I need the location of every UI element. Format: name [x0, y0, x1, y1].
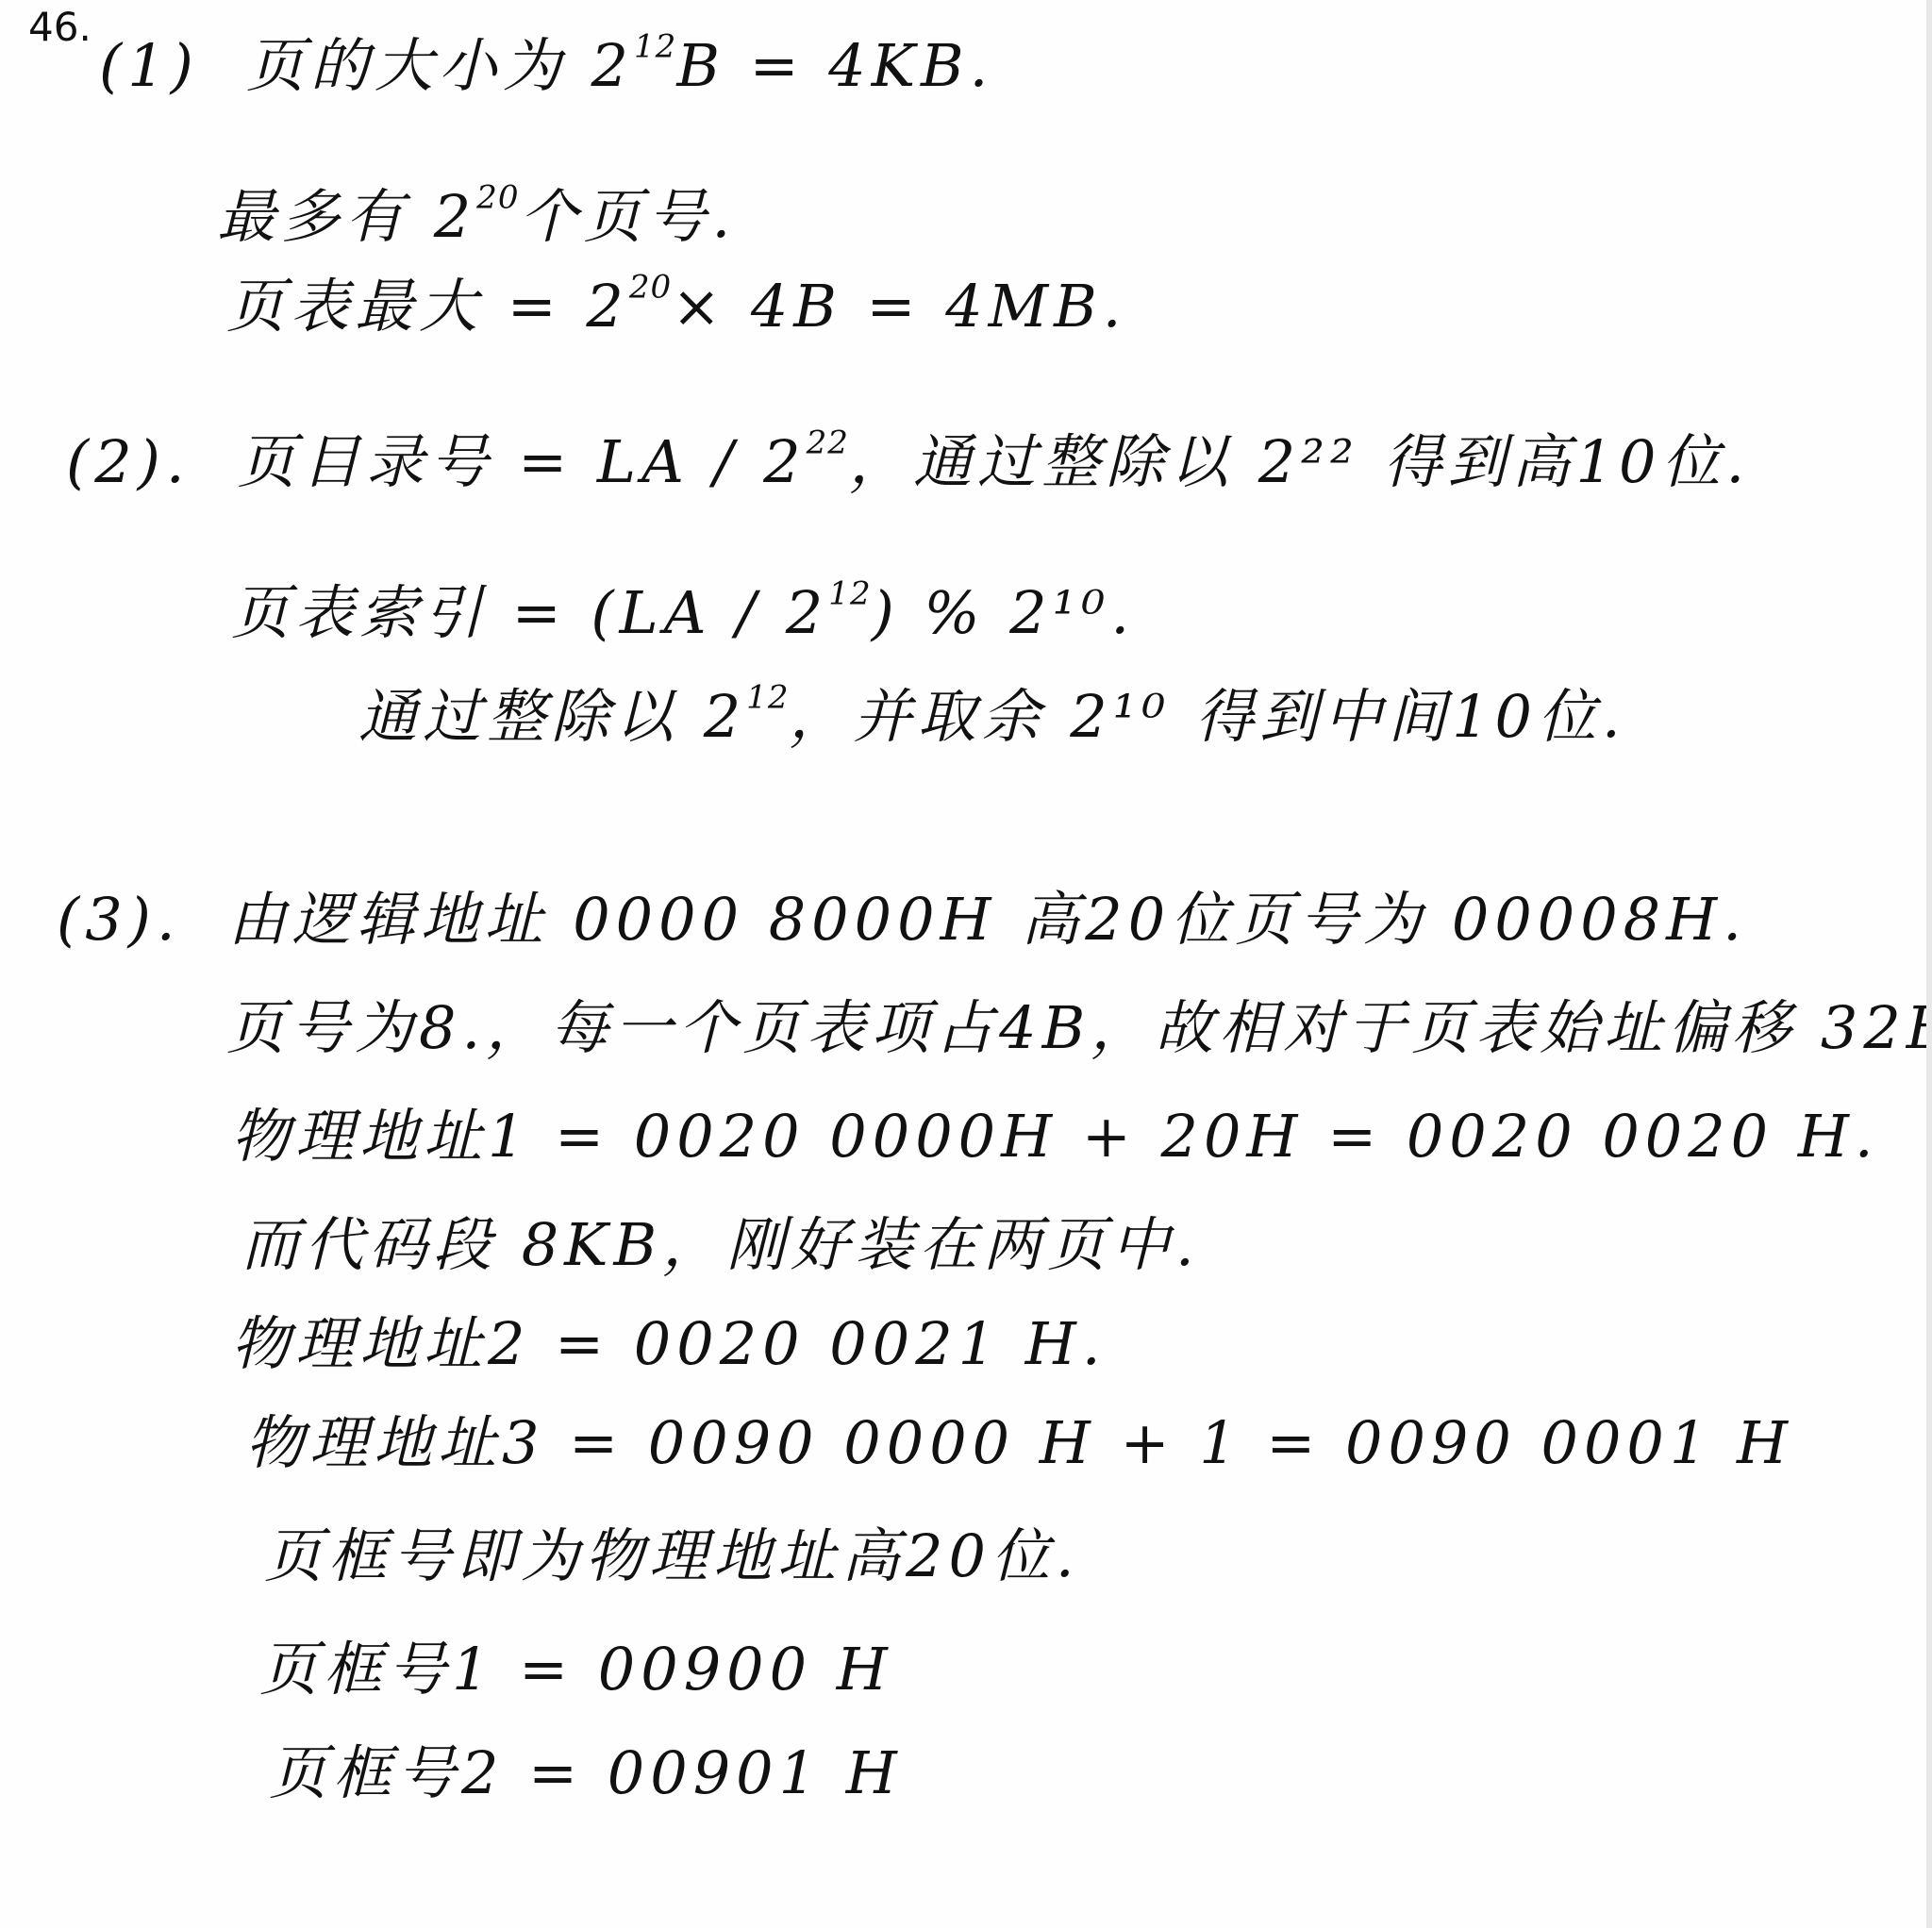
paper-edge	[1926, 0, 1932, 1928]
part1-line1: (1)页的大小为 212B = 4KB.	[99, 19, 993, 103]
part1-label: (1)	[99, 31, 199, 100]
part1-line2: 最多有 220个页号.	[217, 170, 736, 254]
part3-line3: 物理地址1 = 0020 0000H + 20H = 0020 0020 H.	[231, 1089, 1879, 1173]
part3-label: (3).	[57, 885, 181, 954]
part1-line3: 页表最大 = 220× 4B = 4MB.	[226, 259, 1126, 343]
part3-line2: 页号为8.，每一个页表项占4B，故相对于页表始址偏移 32B	[226, 981, 1932, 1065]
part3-line8: 页框号1 = 00900 H	[259, 1622, 893, 1706]
question-number: 46.	[28, 4, 92, 50]
part3-line6: 物理地址3 = 0090 0000 H + 1 = 0090 0001 H	[245, 1396, 1793, 1480]
part2-label: (2).	[66, 427, 191, 496]
part2-line3: 通过整除以 212，并取余 2¹⁰ 得到中间10位.	[358, 670, 1626, 754]
part3-line4: 而代码段 8KB，刚好装在两页中.	[241, 1198, 1200, 1282]
part3-line7: 页框号即为物理地址高20位.	[264, 1509, 1080, 1593]
part3-line1: (3).由逻辑地址 0000 8000H 高20位页号为 00008H.	[57, 873, 1747, 956]
part2-line2: 页表索引 = (LA / 212) % 2¹⁰.	[231, 566, 1135, 650]
handwritten-page: 46. (1)页的大小为 212B = 4KB. 最多有 220个页号. 页表最…	[0, 0, 1932, 1928]
part2-line1: (2).页目录号 = LA / 222，通过整除以 2²² 得到高10位.	[66, 415, 1750, 499]
part3-line9: 页框号2 = 00901 H	[269, 1726, 903, 1810]
part3-line5: 物理地址2 = 0020 0021 H.	[231, 1297, 1107, 1381]
